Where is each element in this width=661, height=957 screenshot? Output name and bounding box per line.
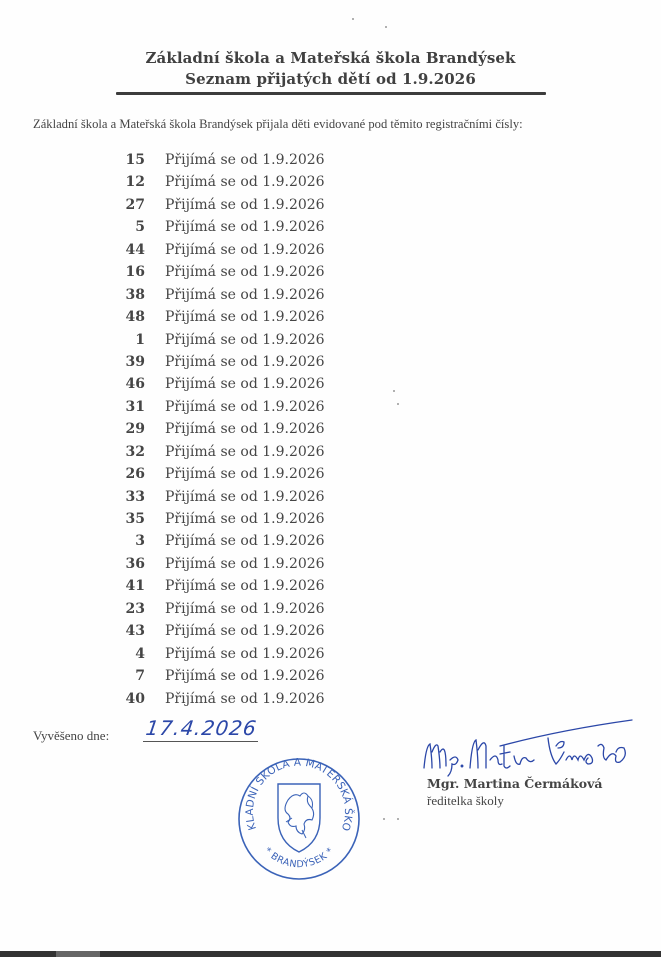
admission-row: 31Přijímá se od 1.9.2026: [100, 399, 360, 421]
admission-status: Přijímá se od 1.9.2026: [165, 421, 325, 437]
registration-number: 43: [105, 623, 145, 639]
admission-row: 29Přijímá se od 1.9.2026: [100, 421, 360, 443]
registration-number: 33: [105, 489, 145, 505]
registration-number: 3: [105, 533, 145, 549]
scan-speck: [383, 818, 385, 820]
registration-number: 35: [105, 511, 145, 527]
admission-status: Přijímá se od 1.9.2026: [165, 309, 325, 325]
admission-row: 26Přijímá se od 1.9.2026: [100, 466, 360, 488]
admission-status: Přijímá se od 1.9.2026: [165, 399, 325, 415]
admission-row: 5Přijímá se od 1.9.2026: [100, 219, 360, 241]
scan-speck: [397, 818, 399, 820]
admission-status: Přijímá se od 1.9.2026: [165, 287, 325, 303]
admission-status: Přijímá se od 1.9.2026: [165, 668, 325, 684]
admission-row: 7Přijímá se od 1.9.2026: [100, 668, 360, 690]
admission-row: 32Přijímá se od 1.9.2026: [100, 444, 360, 466]
admission-status: Přijímá se od 1.9.2026: [165, 466, 325, 482]
admission-status: Přijímá se od 1.9.2026: [165, 332, 325, 348]
list-title: Seznam přijatých dětí od 1.9.2026: [0, 70, 661, 88]
posted-date-line: [143, 741, 258, 742]
admission-row: 41Přijímá se od 1.9.2026: [100, 578, 360, 600]
admission-row: 3Přijímá se od 1.9.2026: [100, 533, 360, 555]
admission-row: 46Přijímá se od 1.9.2026: [100, 376, 360, 398]
registration-number: 26: [105, 466, 145, 482]
admission-status: Přijímá se od 1.9.2026: [165, 533, 325, 549]
admission-status: Přijímá se od 1.9.2026: [165, 511, 325, 527]
admission-row: 27Přijímá se od 1.9.2026: [100, 197, 360, 219]
admission-status: Přijímá se od 1.9.2026: [165, 601, 325, 617]
admission-status: Přijímá se od 1.9.2026: [165, 152, 325, 168]
admission-row: 35Přijímá se od 1.9.2026: [100, 511, 360, 533]
registration-number: 5: [105, 219, 145, 235]
admission-status: Přijímá se od 1.9.2026: [165, 197, 325, 213]
scan-speck: [352, 18, 354, 20]
posted-date-handwritten: 17.4.2026: [144, 716, 258, 740]
school-stamp: ZÁKLADNÍ ŠKOLA A MATEŘSKÁ ŠKOLA * BRANDÝ…: [236, 756, 362, 882]
registration-number: 27: [105, 197, 145, 213]
signer-role: ředitelka školy: [427, 793, 504, 809]
registration-number: 48: [105, 309, 145, 325]
admission-row: 4Přijímá se od 1.9.2026: [100, 646, 360, 668]
admission-status: Přijímá se od 1.9.2026: [165, 646, 325, 662]
registration-number: 23: [105, 601, 145, 617]
registration-number: 44: [105, 242, 145, 258]
lion-crest-icon: [278, 784, 320, 852]
admission-row: 48Přijímá se od 1.9.2026: [100, 309, 360, 331]
registration-number: 15: [105, 152, 145, 168]
title-divider: [116, 92, 546, 95]
scan-speck: [393, 390, 395, 392]
admission-status: Přijímá se od 1.9.2026: [165, 691, 325, 707]
admission-row: 39Přijímá se od 1.9.2026: [100, 354, 360, 376]
signer-name: Mgr. Martina Čermáková: [427, 776, 602, 791]
admission-row: 38Přijímá se od 1.9.2026: [100, 287, 360, 309]
registration-number: 32: [105, 444, 145, 460]
scan-speck: [385, 26, 387, 28]
admission-row: 12Přijímá se od 1.9.2026: [100, 174, 360, 196]
registration-number: 38: [105, 287, 145, 303]
admission-row: 36Přijímá se od 1.9.2026: [100, 556, 360, 578]
document-page: Základní škola a Mateřská škola Brandýse…: [0, 0, 661, 951]
admission-status: Přijímá se od 1.9.2026: [165, 219, 325, 235]
admission-status: Přijímá se od 1.9.2026: [165, 444, 325, 460]
school-title: Základní škola a Mateřská škola Brandýse…: [0, 49, 661, 67]
scan-speck: [397, 403, 399, 405]
admission-status: Přijímá se od 1.9.2026: [165, 376, 325, 392]
registration-number: 7: [105, 668, 145, 684]
admission-status: Přijímá se od 1.9.2026: [165, 354, 325, 370]
registration-number: 12: [105, 174, 145, 190]
registration-number: 29: [105, 421, 145, 437]
registration-number: 39: [105, 354, 145, 370]
intro-paragraph: Základní škola a Mateřská škola Brandýse…: [33, 117, 633, 132]
svg-text:* BRANDÝSEK *: * BRANDÝSEK *: [262, 846, 336, 871]
registration-number: 36: [105, 556, 145, 572]
admission-row: 44Přijímá se od 1.9.2026: [100, 242, 360, 264]
admission-row: 33Přijímá se od 1.9.2026: [100, 489, 360, 511]
admission-status: Přijímá se od 1.9.2026: [165, 556, 325, 572]
scrollbar-thumb[interactable]: [56, 951, 100, 957]
stamp-bottom-text: * BRANDÝSEK *: [262, 846, 336, 871]
director-signature: [420, 716, 635, 778]
viewer-scrollbar[interactable]: [0, 951, 661, 957]
admission-status: Přijímá se od 1.9.2026: [165, 242, 325, 258]
registration-number: 46: [105, 376, 145, 392]
registration-number: 41: [105, 578, 145, 594]
admission-row: 23Přijímá se od 1.9.2026: [100, 601, 360, 623]
admission-status: Přijímá se od 1.9.2026: [165, 174, 325, 190]
admission-row: 1Přijímá se od 1.9.2026: [100, 332, 360, 354]
admission-row: 43Přijímá se od 1.9.2026: [100, 623, 360, 645]
registration-number: 1: [105, 332, 145, 348]
admission-status: Přijímá se od 1.9.2026: [165, 264, 325, 280]
admission-row: 40Přijímá se od 1.9.2026: [100, 691, 360, 713]
admission-status: Přijímá se od 1.9.2026: [165, 623, 325, 639]
registration-number: 16: [105, 264, 145, 280]
registration-number: 31: [105, 399, 145, 415]
registration-number: 40: [105, 691, 145, 707]
admission-row: 16Přijímá se od 1.9.2026: [100, 264, 360, 286]
admission-status: Přijímá se od 1.9.2026: [165, 489, 325, 505]
posted-label: Vyvěšeno dne:: [33, 728, 109, 744]
registration-number: 4: [105, 646, 145, 662]
admission-status: Přijímá se od 1.9.2026: [165, 578, 325, 594]
admissions-list: 15Přijímá se od 1.9.202612Přijímá se od …: [100, 152, 360, 713]
admission-row: 15Přijímá se od 1.9.2026: [100, 152, 360, 174]
